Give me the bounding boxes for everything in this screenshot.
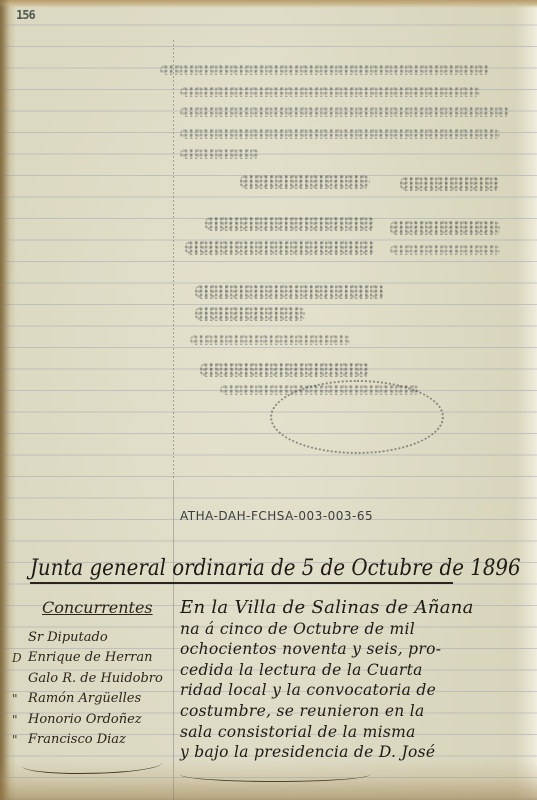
erased-line [180, 149, 260, 159]
erased-line [180, 129, 500, 139]
attendee-row: D Enrique de Herran [12, 645, 172, 666]
page-top-edge [0, 0, 537, 8]
body-line: En la Villa de Salinas de Añana [180, 598, 530, 619]
margin-line [173, 480, 174, 800]
attendee-name: Galo R. de Huidobro [28, 671, 163, 686]
attendee-row: Sr Diputado [12, 624, 172, 645]
erased-line [390, 221, 500, 235]
attendee-row: Galo R. de Huidobro [12, 665, 172, 686]
erased-signature-rubric [270, 380, 444, 454]
body-line: ochocientos noventa y seis, pro- [180, 639, 530, 660]
body-line: na á cinco de Octubre de mil [180, 619, 530, 640]
attendee-row: " Honorio Ordoñez [12, 706, 172, 727]
erased-line [195, 285, 385, 299]
attendee-row: " Francisco Diaz [12, 727, 172, 748]
attendee-name: Honorio Ordoñez [28, 712, 142, 727]
body-line: costumbre, se reunieron en la [180, 701, 530, 722]
erased-line [200, 363, 370, 377]
minutes-title: Junta general ordinaria de 5 de Octubre … [30, 556, 453, 584]
body-line: sala consistorial de la misma [180, 722, 530, 743]
body-line: ridad local y la convocatoria de [180, 680, 530, 701]
erased-line [240, 175, 370, 189]
attendee-name: Sr Diputado [28, 630, 108, 645]
attendees-column: Concurrentes Sr Diputado D Enrique de He… [12, 598, 172, 774]
attendee-name: Ramón Argüelles [28, 691, 141, 706]
erased-line [185, 241, 375, 255]
binding-shadow [0, 0, 10, 800]
attendee-name: Enrique de Herran [28, 650, 152, 665]
attendee-mark: " [12, 713, 28, 727]
archive-reference-number: ATHA-DAH-FCHSA-003-003-65 [180, 509, 373, 523]
manuscript-page: 156 ATHA-DAH-FCHSA-003-003-65 Junta gene… [0, 0, 537, 800]
minutes-body: En la Villa de Salinas de Añana na á cin… [180, 598, 530, 782]
erased-line [195, 307, 305, 321]
page-number-stamp: 156 [16, 8, 35, 22]
attendee-name: Francisco Diaz [28, 732, 126, 747]
attendee-row: " Ramón Argüelles [12, 686, 172, 707]
erased-line [180, 87, 480, 97]
attendee-mark: " [12, 692, 28, 706]
erased-line [205, 217, 375, 231]
water-stain [0, 760, 537, 800]
erased-line [160, 65, 490, 75]
erased-line [190, 335, 350, 345]
attendees-heading: Concurrentes [42, 598, 172, 622]
erased-pencil-section [150, 45, 530, 445]
attendee-mark: " [12, 733, 28, 747]
erased-line [180, 107, 510, 117]
attendee-mark: D [12, 651, 28, 665]
body-line: cedida la lectura de la Cuarta [180, 660, 530, 681]
erased-line [400, 177, 500, 191]
erased-line [390, 245, 500, 255]
